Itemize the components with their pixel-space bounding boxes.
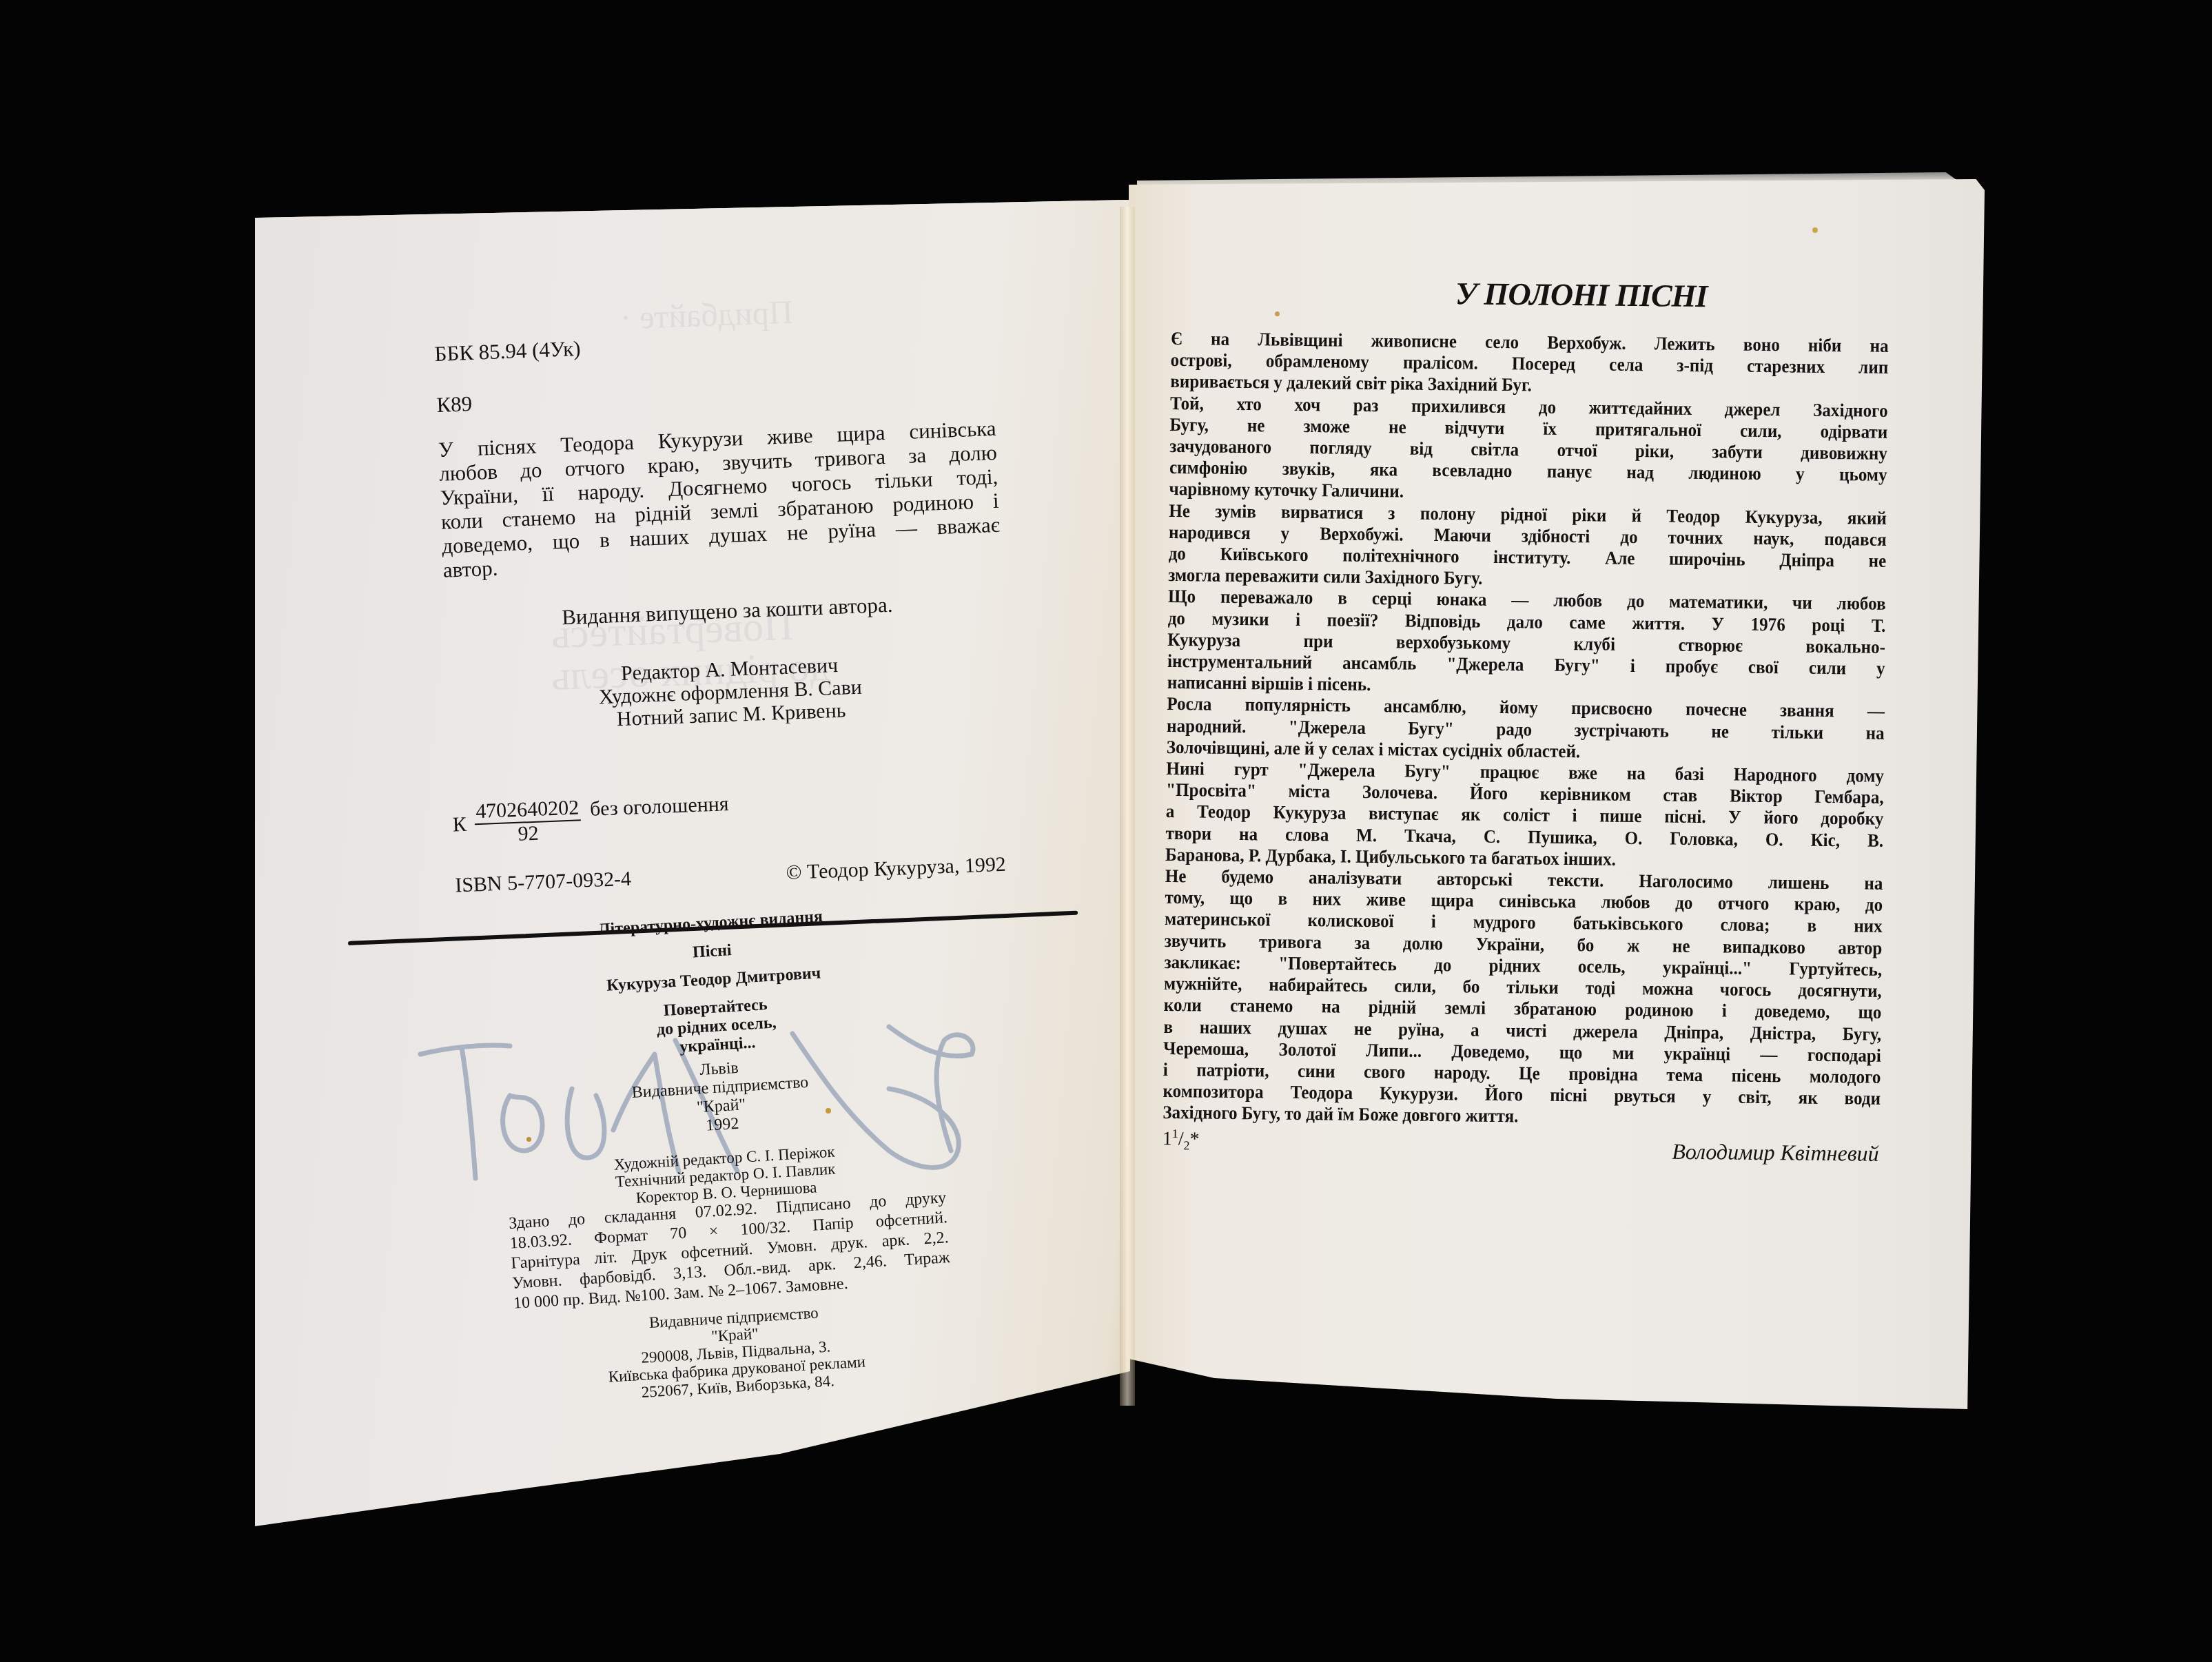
foreword-paragraph: Росла популярність ансамблю, йому присво… xyxy=(1167,693,1885,766)
paper-speck xyxy=(1812,227,1818,233)
copyright-page-block: ББК 85.94 (4Ук) К89 У піснях Теодора Кук… xyxy=(434,320,1020,898)
index-letter: К xyxy=(452,813,467,837)
index-denominator: 92 xyxy=(518,823,539,845)
printer-signature-mark: 11/2* xyxy=(1163,1126,1200,1152)
foreword-paragraph: Не будемо аналізувати авторські тексти. … xyxy=(1163,865,1883,1131)
foreword-paragraph: Нині гурт "Джерела Бугу" працює вже на б… xyxy=(1165,758,1884,873)
index-numerator: 4702640202 xyxy=(474,797,581,825)
author-mark: К89 xyxy=(436,370,1002,418)
credits: Редактор А. Монтасевич Художнє оформленн… xyxy=(447,647,1014,737)
foreword-body: Є на Львівщині живописне село Верхобуж. … xyxy=(1163,328,1889,1131)
funding-note: Видання випущено за кошти автора. xyxy=(444,588,1010,634)
foreword-paragraph: Що переважало в серці юнака — любов до м… xyxy=(1167,586,1886,701)
foreword-paragraph: Той, хто хоч раз прихилився до життєдайн… xyxy=(1169,393,1888,508)
index-fraction: 4702640202 92 xyxy=(474,797,582,847)
foreword-paragraph: Є на Львівщині живописне село Верхобуж. … xyxy=(1170,328,1889,400)
foreword-author: Володимир Квітневий xyxy=(1672,1138,1879,1166)
imprint-block: Літературно-художнє видання Пісні Кукуру… xyxy=(475,892,972,1409)
annotation: У піснях Теодора Кукурузи живе щира сині… xyxy=(438,416,1001,582)
foreword-title: У ПОЛОНІ ПІСНІ xyxy=(1267,273,1895,316)
index-code: К 4702640202 92 без оголошення xyxy=(452,781,1018,848)
foreword-paragraph: Не зумів вирватися з полону рідної ріки … xyxy=(1168,500,1887,594)
book-spine xyxy=(1120,207,1135,1406)
index-note: без оголошення xyxy=(590,792,730,821)
foreword-block: У ПОЛОНІ ПІСНІ Є на Львівщині живописне … xyxy=(1163,272,1895,1166)
